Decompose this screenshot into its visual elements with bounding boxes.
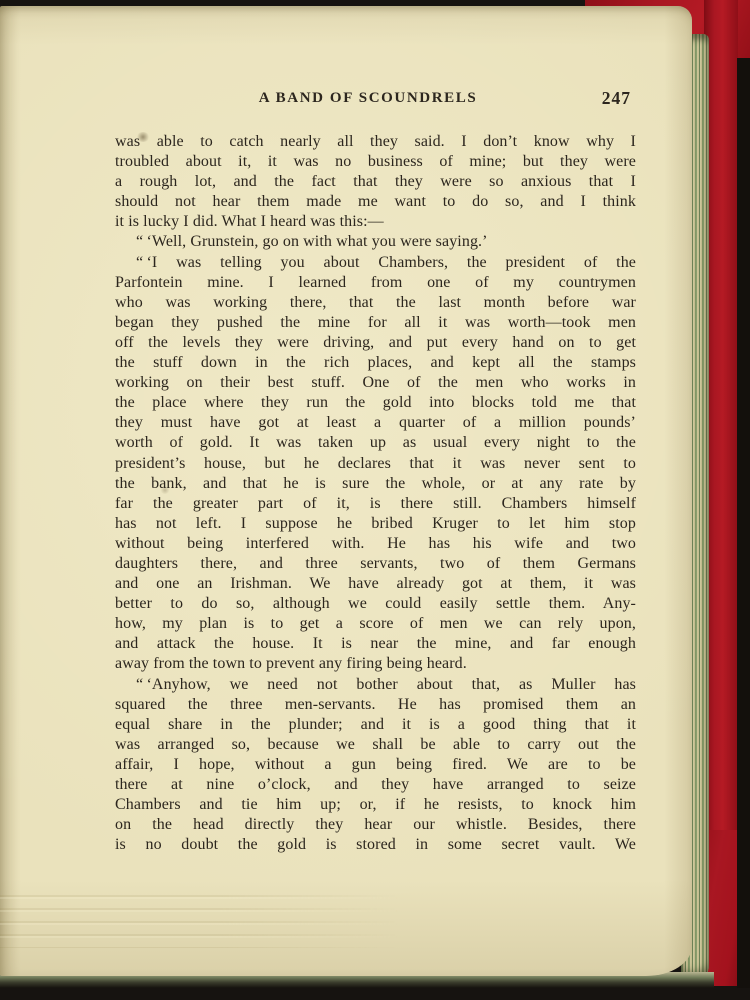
text-line: was able to catch nearly all they said. … [115, 132, 636, 152]
text-line: “ ‘Well, Grunstein, go on with what you … [115, 232, 636, 252]
text-line: better to do so, although we could easil… [115, 594, 636, 614]
text-line: Chambers and tie him up; or, if he resis… [115, 795, 636, 815]
text-line: on the head directly they hear our whist… [115, 815, 636, 835]
text-line: worth of gold. It was taken up as usual … [115, 433, 636, 453]
page-number: 247 [602, 88, 631, 109]
text-line: should not hear them made me want to do … [115, 192, 636, 212]
chapter-title: A BAND OF SCOUNDRELS [100, 90, 636, 107]
book-scan: A BAND OF SCOUNDRELS 247 was able to cat… [0, 0, 750, 1000]
text-line: away from the town to prevent any firing… [115, 654, 636, 674]
text-line: without being interfered with. He has hi… [115, 534, 636, 554]
text-line: how, my plan is to get a score of men we… [115, 614, 636, 634]
text-line: the place where they run the gold into b… [115, 393, 636, 413]
page-curl-lines [0, 886, 400, 948]
text-line: there at nine o’clock, and they have arr… [115, 775, 636, 795]
text-line: squared the three men-servants. He has p… [115, 695, 636, 715]
text-line: and one an Irishman. We have already got… [115, 574, 636, 594]
paragraph: “ ‘Well, Grunstein, go on with what you … [115, 232, 636, 252]
text-line: president’s house, but he declares that … [115, 454, 636, 474]
text-line: working on their best stuff. One of the … [115, 373, 636, 393]
text-line: daughters there, and three servants, two… [115, 554, 636, 574]
text-line: off the levels they were driving, and pu… [115, 333, 636, 353]
text-line: who was working there, that the last mon… [115, 293, 636, 313]
text-line: they must have got at least a quarter of… [115, 413, 636, 433]
text-line: the bank, and that he is sure the whole,… [115, 474, 636, 494]
text-line: a rough lot, and the fact that they were… [115, 172, 636, 192]
text-line: Parfontein mine. I learned from one of m… [115, 273, 636, 293]
scan-background-edge [737, 58, 750, 988]
text-line: equal share in the plunder; and it is a … [115, 715, 636, 735]
text-line: troubled about it, it was no business of… [115, 152, 636, 172]
paragraph: was able to catch nearly all they said. … [115, 132, 636, 232]
text-line: “ ‘Anyhow, we need not bother about that… [115, 675, 636, 695]
text-line: the stuff down in the rich places, and k… [115, 353, 636, 373]
text-line: was arranged so, because we shall be abl… [115, 735, 636, 755]
paragraph: “ ‘Anyhow, we need not bother about that… [115, 675, 636, 856]
text-line: far the greater part of it, is there sti… [115, 494, 636, 514]
running-head: A BAND OF SCOUNDRELS 247 [115, 90, 636, 112]
text-line: began they pushed the mine for all it wa… [115, 313, 636, 333]
text-line: and attack the house. It is near the min… [115, 634, 636, 654]
body-text: was able to catch nearly all they said. … [115, 132, 636, 855]
page-text-area: A BAND OF SCOUNDRELS 247 was able to cat… [115, 90, 636, 855]
text-line: it is lucky I did. What I heard was this… [115, 212, 636, 232]
text-line: is no doubt the gold is stored in some s… [115, 835, 636, 855]
text-line: “ ‘I was telling you about Chambers, the… [115, 253, 636, 273]
text-line: has not left. I suppose he bribed Kruger… [115, 514, 636, 534]
text-line: affair, I hope, without a gun being fire… [115, 755, 636, 775]
paragraph: “ ‘I was telling you about Chambers, the… [115, 253, 636, 675]
